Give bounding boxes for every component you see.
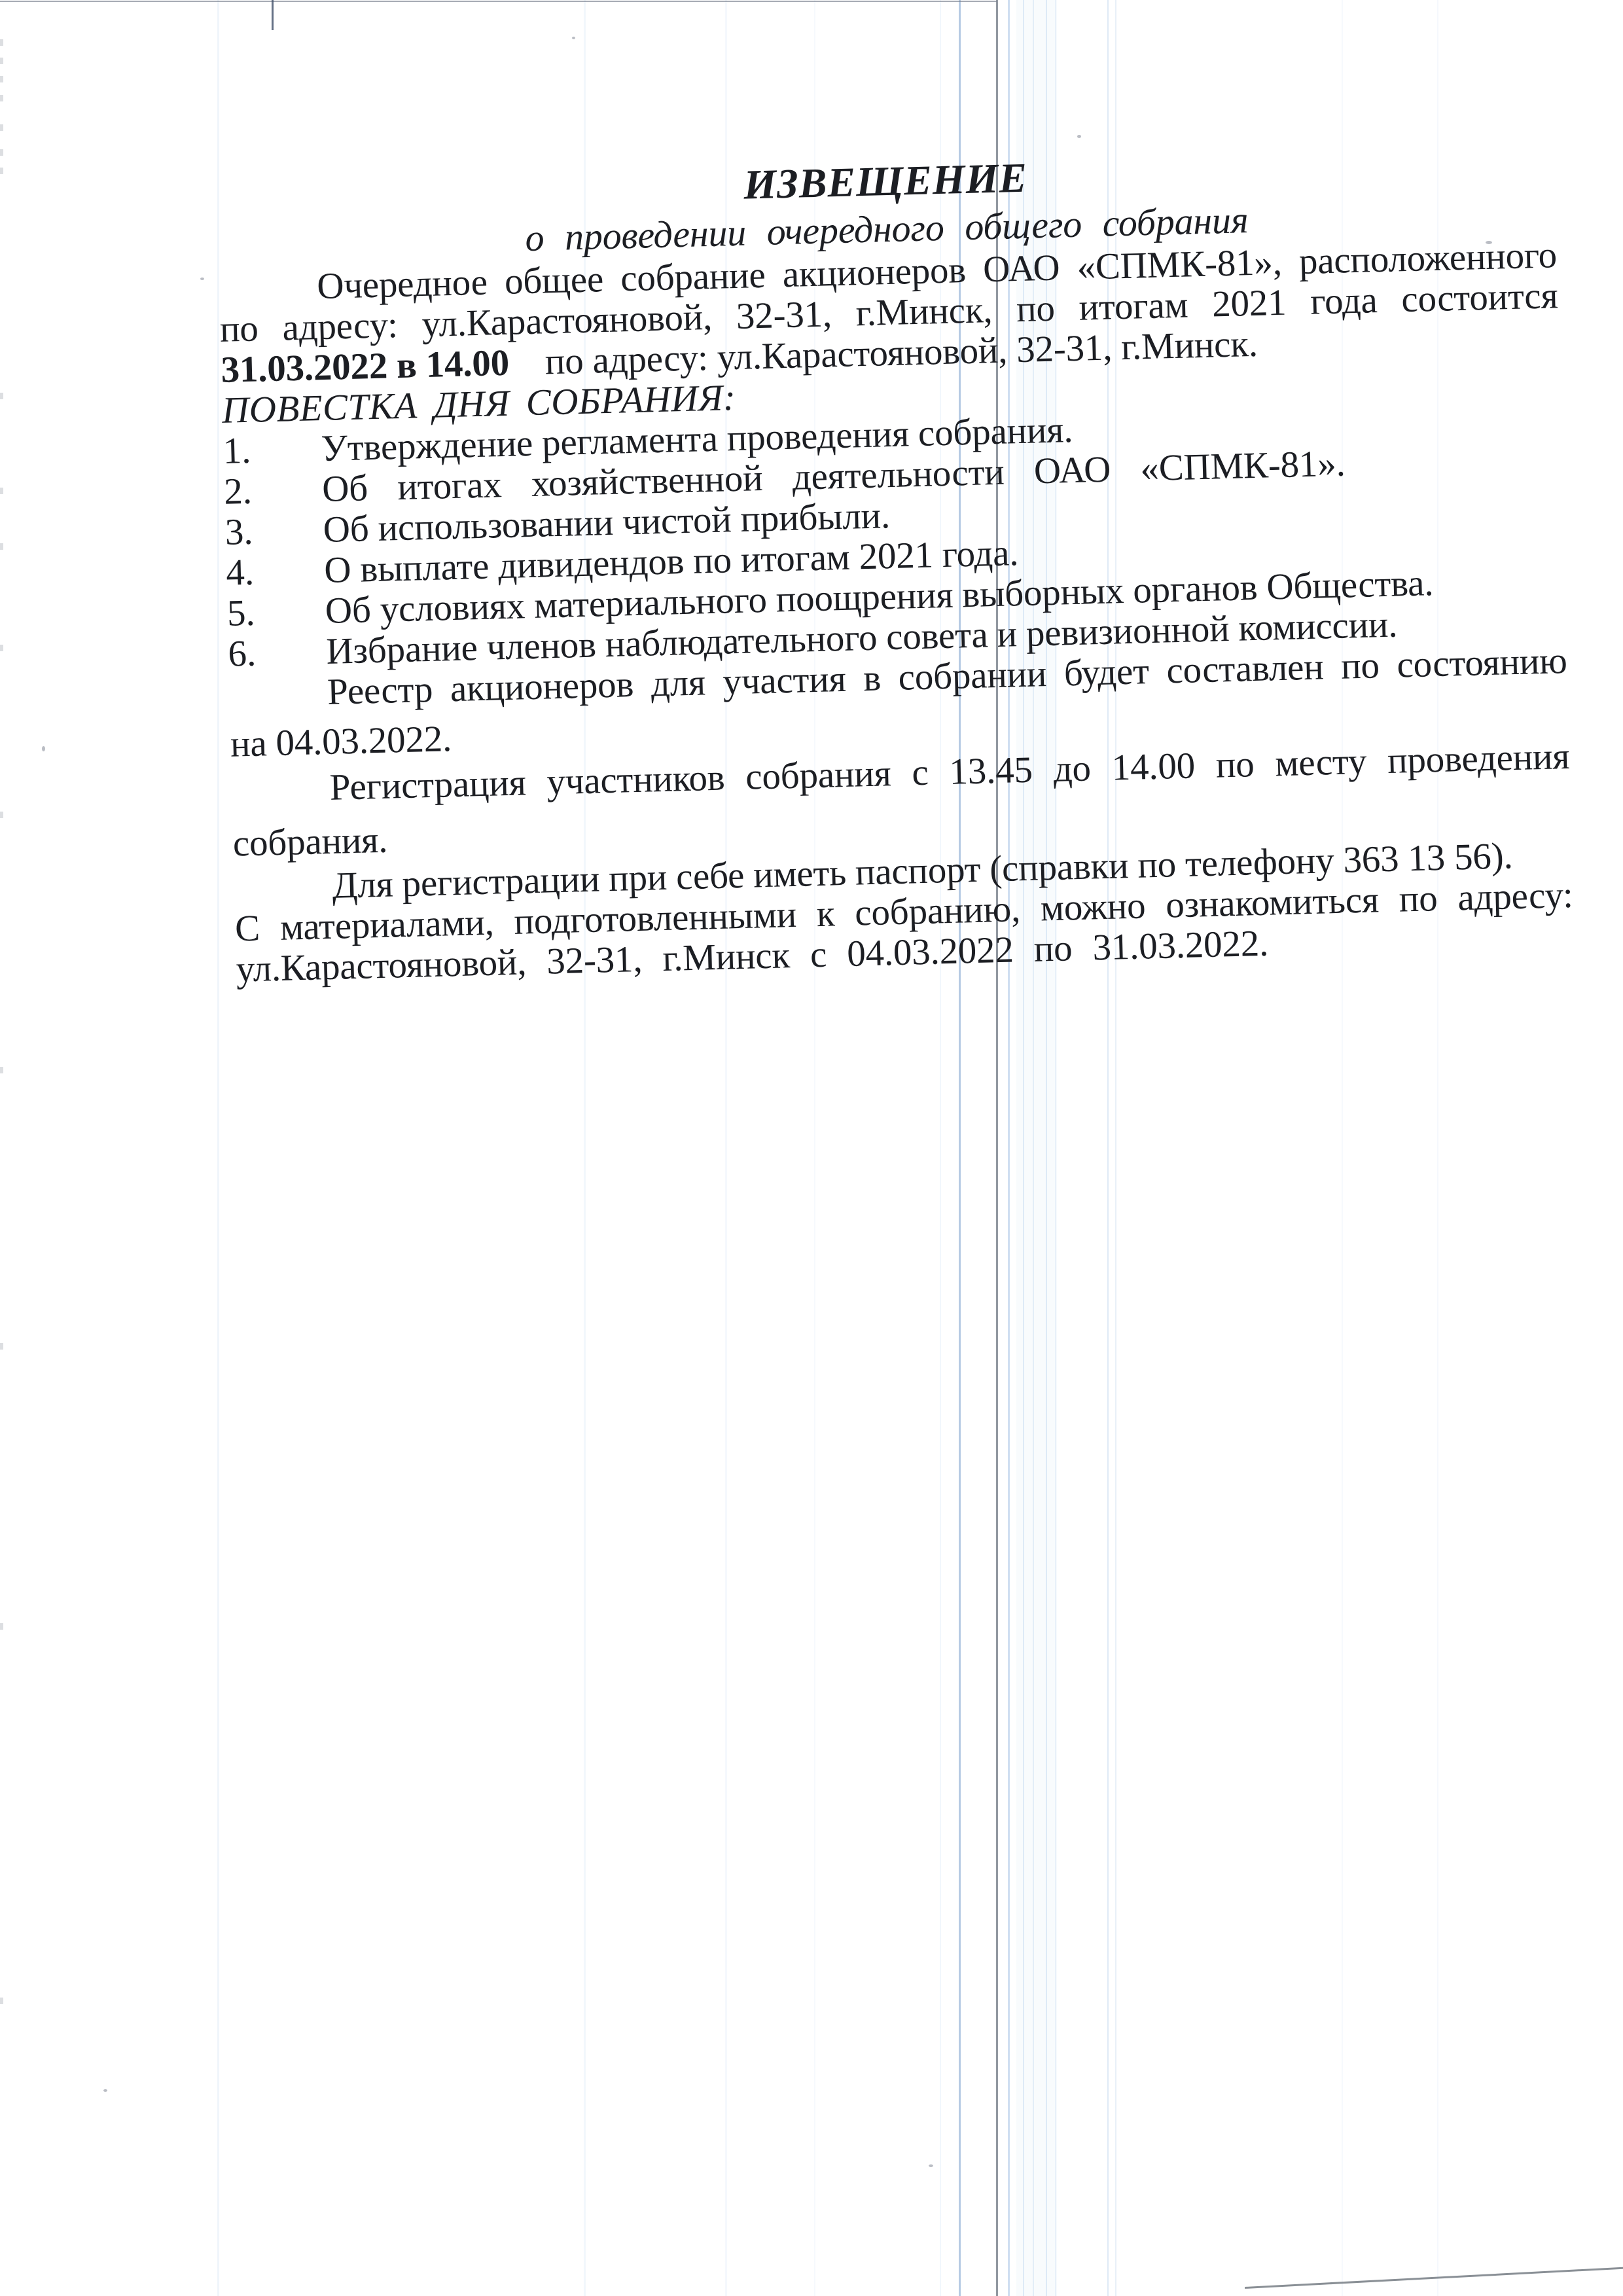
scan-top-edge-line — [0, 1, 997, 2]
scanner-streak-line — [217, 0, 219, 2296]
page-edge-mark — [0, 543, 3, 550]
typewriter-gap — [509, 374, 545, 374]
document-text-block: ИЗВЕЩЕНИЕ о проведении очередного общего… — [216, 139, 1575, 990]
page-edge-mark — [0, 812, 3, 818]
page-edge-mark — [0, 58, 3, 64]
page-edge-mark — [0, 1067, 3, 1073]
page-edge-mark — [0, 168, 3, 174]
agenda-item-number: 6. — [228, 632, 327, 675]
page-edge-mark — [0, 645, 3, 651]
page-edge-mark — [0, 393, 3, 399]
page-edge-mark — [0, 488, 3, 494]
scan-speck — [1077, 135, 1081, 138]
agenda-item-number: 3. — [224, 510, 324, 553]
page-edge-mark — [0, 1343, 3, 1350]
agenda-item-number: 4. — [226, 550, 325, 594]
text-run: собрания. — [232, 819, 388, 865]
scan-speck — [42, 746, 45, 751]
text-run: на 04.03.2022. — [230, 718, 452, 765]
page-edge-mark — [0, 1998, 3, 2004]
page-edge-mark — [0, 76, 3, 82]
scan-speck — [200, 278, 204, 280]
document-body: Очередное общее собрание акционеров ОАО … — [219, 235, 1575, 990]
page-edge-mark — [0, 124, 3, 131]
scan-speck — [103, 2089, 107, 2092]
agenda-item-number: 5. — [226, 591, 326, 634]
scanned-page: ИЗВЕЩЕНИЕ о проведении очередного общего… — [0, 0, 1623, 2296]
page-edge-mark — [0, 39, 3, 46]
page-edge-mark — [0, 95, 3, 101]
scan-speck — [929, 2164, 933, 2167]
scan-top-tick-line — [272, 0, 274, 30]
page-edge-mark — [0, 1623, 3, 1630]
agenda-item-number: 2. — [224, 469, 323, 512]
paper-edge-diagonal-line — [1245, 2267, 1623, 2289]
page-edge-mark — [0, 149, 3, 156]
agenda-item-number: 1. — [223, 429, 322, 472]
scan-speck — [572, 37, 575, 39]
